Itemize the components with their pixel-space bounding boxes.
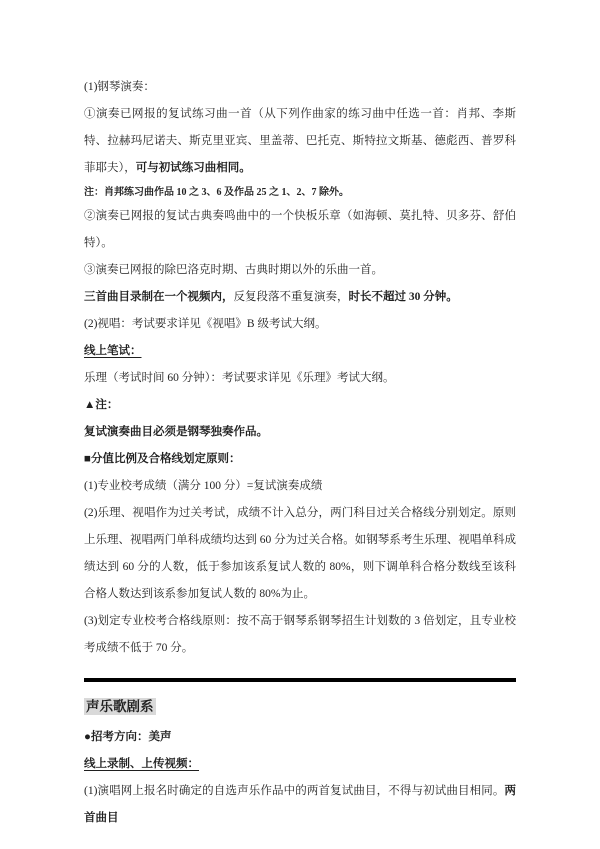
paragraph: 复试演奏曲目必须是钢琴独奏作品。 [84,419,516,446]
text-run: 时长不超过 30 分钟。 [349,291,458,303]
paragraph: 乐理（考试时间 60 分钟）：考试要求详见《乐理》考试大纲。 [84,365,516,392]
text-run: 声乐歌剧系 [84,698,156,715]
text-run: 注：肖邦练习曲作品 10 之 3、6 及作品 25 之 1、2、7 除外。 [84,187,349,198]
document-body: (1)钢琴演奏：①演奏已网报的复试练习曲一首（从下列作曲家的练习曲中任选一首：肖… [84,74,516,832]
text-run: (1)钢琴演奏： [84,81,155,93]
paragraph: (1)专业校考成绩（满分 100 分）=复试演奏成绩 [84,473,516,500]
text-run: 反复段落不重复演奏， [234,291,349,303]
paragraph: ■分值比例及合格线划定原则： [84,446,516,473]
paragraph: (3)划定专业校考合格线原则：按不高于钢琴系钢琴招生计划数的 3 倍划定，且专业… [84,608,516,662]
text-run: ●招考方向：美声 [84,731,171,743]
text-run: ②演奏已网报的复试古典奏鸣曲中的一个快板乐章（如海顿、莫扎特、贝多芬、舒伯特）。 [84,210,516,249]
text-run: 可与初试练习曲相同。 [136,162,251,174]
section-divider [84,678,516,682]
text-run: 三首曲目录制在一个视频内， [84,291,234,303]
text-run: 乐理（考试时间 60 分钟）：考试要求详见《乐理》考试大纲。 [84,372,395,384]
paragraph: 线上录制、上传视频： [84,751,516,778]
text-run: 复试演奏曲目必须是钢琴独奏作品。 [84,426,268,438]
text-run: (2)乐理、视唱作为过关考试，成绩不计入总分，两门科目过关合格线分别划定。原则上… [84,507,516,600]
paragraph: 线上笔试： [84,338,516,365]
paragraph: ①演奏已网报的复试练习曲一首（从下列作曲家的练习曲中任选一首：肖邦、李斯特、拉赫… [84,101,516,182]
paragraph: (1)演唱网上报名时确定的自选声乐作品中的两首复试曲目，不得与初试曲目相同。两首… [84,778,516,832]
document-page: (1)钢琴演奏：①演奏已网报的复试练习曲一首（从下列作曲家的练习曲中任选一首：肖… [0,0,600,849]
paragraph: 三首曲目录制在一个视频内，反复段落不重复演奏，时长不超过 30 分钟。 [84,284,516,311]
text-run: (1)专业校考成绩（满分 100 分）=复试演奏成绩 [84,480,322,492]
paragraph: ③演奏已网报的除巴洛克时期、古典时期以外的乐曲一首。 [84,257,516,284]
text-run: (2)视唱：考试要求详见《视唱》B 级考试大纲。 [84,318,326,330]
paragraph: (1)钢琴演奏： [84,74,516,101]
text-run: ▲注： [84,399,118,411]
text-run: ■分值比例及合格线划定原则： [84,453,240,465]
section-heading: 声乐歌剧系 [84,692,516,722]
paragraph: ▲注： [84,392,516,419]
paragraph: ●招考方向：美声 [84,724,516,751]
paragraph: 注：肖邦练习曲作品 10 之 3、6 及作品 25 之 1、2、7 除外。 [84,182,516,203]
text-run: (1)演唱网上报名时确定的自选声乐作品中的两首复试曲目，不得与初试曲目相同。 [84,785,505,797]
paragraph: (2)乐理、视唱作为过关考试，成绩不计入总分，两门科目过关合格线分别划定。原则上… [84,500,516,608]
paragraph: (2)视唱：考试要求详见《视唱》B 级考试大纲。 [84,311,516,338]
text-run: ③演奏已网报的除巴洛克时期、古典时期以外的乐曲一首。 [84,264,383,276]
text-run: 线上笔试： [84,345,148,357]
paragraph: ②演奏已网报的复试古典奏鸣曲中的一个快板乐章（如海顿、莫扎特、贝多芬、舒伯特）。 [84,203,516,257]
text-run: 线上录制、上传视频： [84,758,205,770]
text-run: (3)划定专业校考合格线原则：按不高于钢琴系钢琴招生计划数的 3 倍划定，且专业… [84,615,516,654]
